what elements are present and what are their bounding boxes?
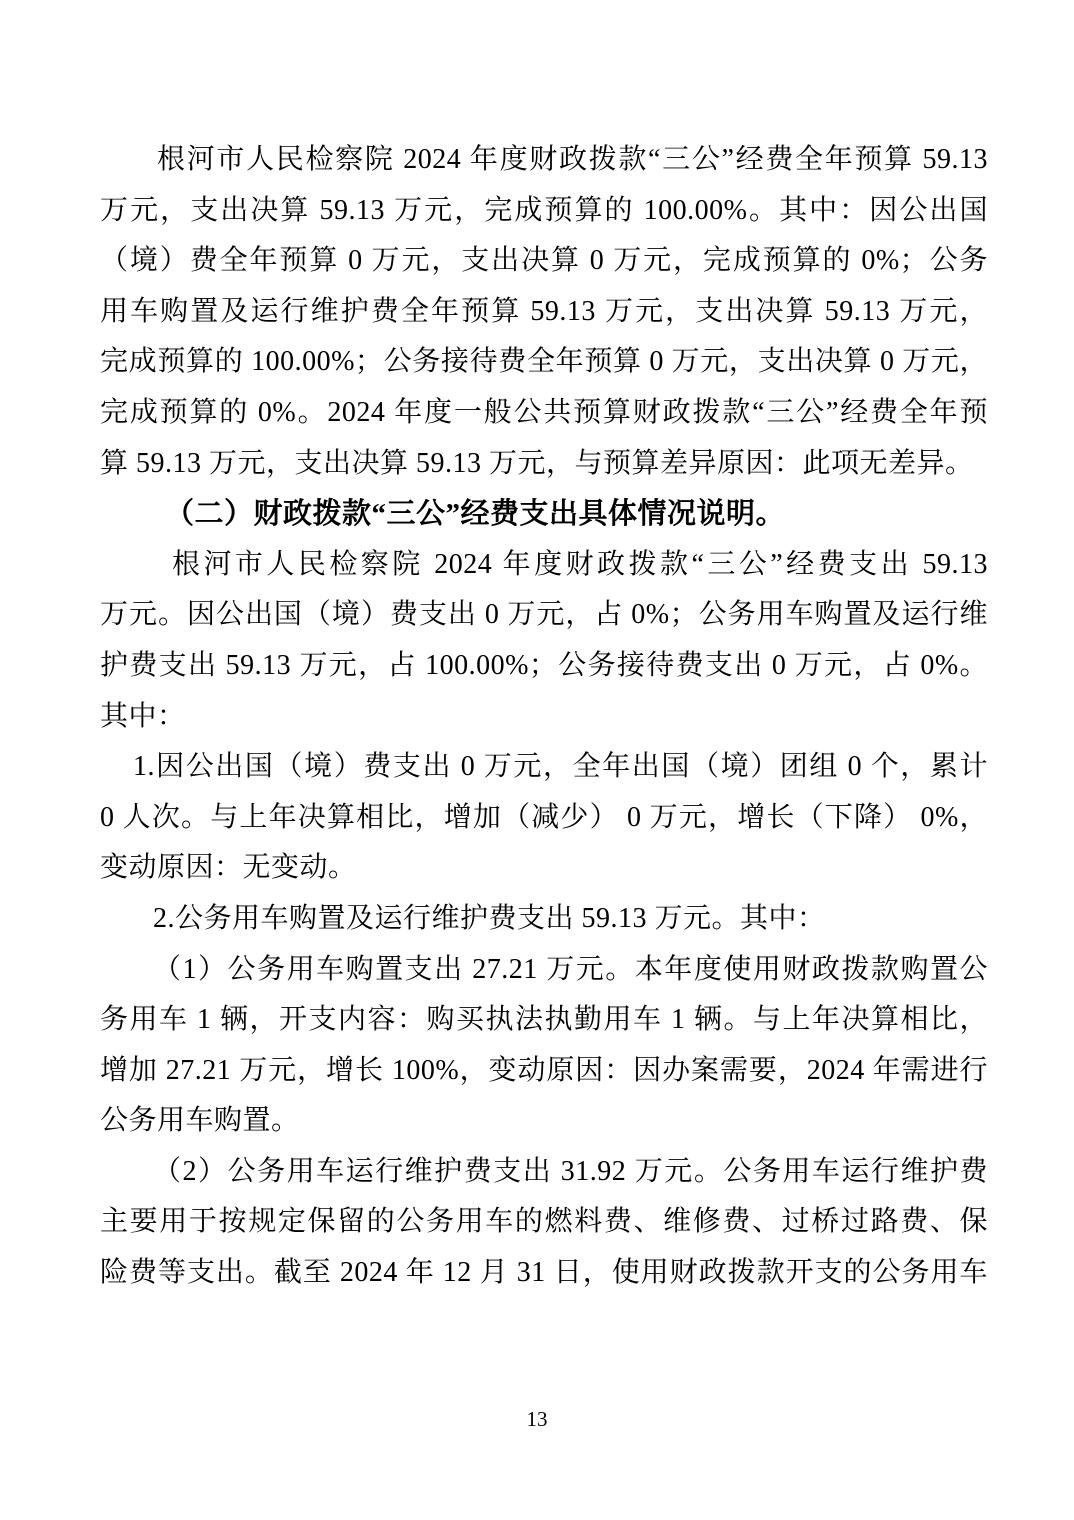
- text-line: 变动原因：无变动。: [100, 843, 988, 894]
- text-line: 主要用于按规定保留的公务用车的燃料费、维修费、过桥过路费、保: [100, 1197, 988, 1248]
- text-line: 用车购置及运行维护费全年预算 59.13 万元，支出决算 59.13 万元，: [100, 287, 988, 338]
- text-line: 公务用车购置。: [100, 1096, 988, 1147]
- text-line: 增加 27.21 万元，增长 100%，变动原因：因办案需要，2024 年需进行: [100, 1046, 988, 1097]
- text-line: 护费支出 59.13 万元，占 100.00%；公务接待费支出 0 万元，占 0…: [100, 641, 988, 692]
- text-line: 万元。因公出国（境）费支出 0 万元，占 0%；公务用车购置及运行维: [100, 590, 988, 641]
- text-line: 完成预算的 0%。2024 年度一般公共预算财政拨款“三公”经费全年预: [100, 388, 988, 439]
- text-line: 2.公务用车购置及运行维护费支出 59.13 万元。其中：: [100, 894, 988, 945]
- text-line: 0 人次。与上年决算相比，增加（减少） 0 万元，增长（下降） 0%，: [100, 793, 988, 844]
- text-line: 其中：: [100, 692, 988, 743]
- text-line: 算 59.13 万元，支出决算 59.13 万元，与预算差异原因：此项无差异。: [100, 439, 988, 490]
- text-line: 万元，支出决算 59.13 万元，完成预算的 100.00%。其中：因公出国: [100, 186, 988, 237]
- text-line: （2）公务用车运行维护费支出 31.92 万元。公务用车运行维护费: [100, 1147, 988, 1198]
- document-page: 根河市人民检察院 2024 年度财政拨款“三公”经费全年预算 59.13 万元，…: [0, 0, 1074, 1520]
- text-line: （1）公务用车购置支出 27.21 万元。本年度使用财政拨款购置公: [100, 945, 988, 996]
- text-line: 务用车 1 辆，开支内容：购买执法执勤用车 1 辆。与上年决算相比，: [100, 995, 988, 1046]
- text-line: 完成预算的 100.00%；公务接待费全年预算 0 万元，支出决算 0 万元，: [100, 337, 988, 388]
- document-body: 根河市人民检察院 2024 年度财政拨款“三公”经费全年预算 59.13 万元，…: [100, 135, 988, 1299]
- text-line: 1.因公出国（境）费支出 0 万元，全年出国（境）团组 0 个，累计: [100, 742, 988, 793]
- text-line: （境）费全年预算 0 万元，支出决算 0 万元，完成预算的 0%；公务: [100, 236, 988, 287]
- section-heading: （二）财政拨款“三公”经费支出具体情况说明。: [100, 489, 988, 540]
- text-line: 根河市人民检察院 2024 年度财政拨款“三公”经费支出 59.13: [100, 540, 988, 591]
- text-line: 险费等支出。截至 2024 年 12 月 31 日，使用财政拨款开支的公务用车: [100, 1248, 988, 1299]
- text-line: 根河市人民检察院 2024 年度财政拨款“三公”经费全年预算 59.13: [100, 135, 988, 186]
- page-number: 13: [0, 1406, 1074, 1432]
